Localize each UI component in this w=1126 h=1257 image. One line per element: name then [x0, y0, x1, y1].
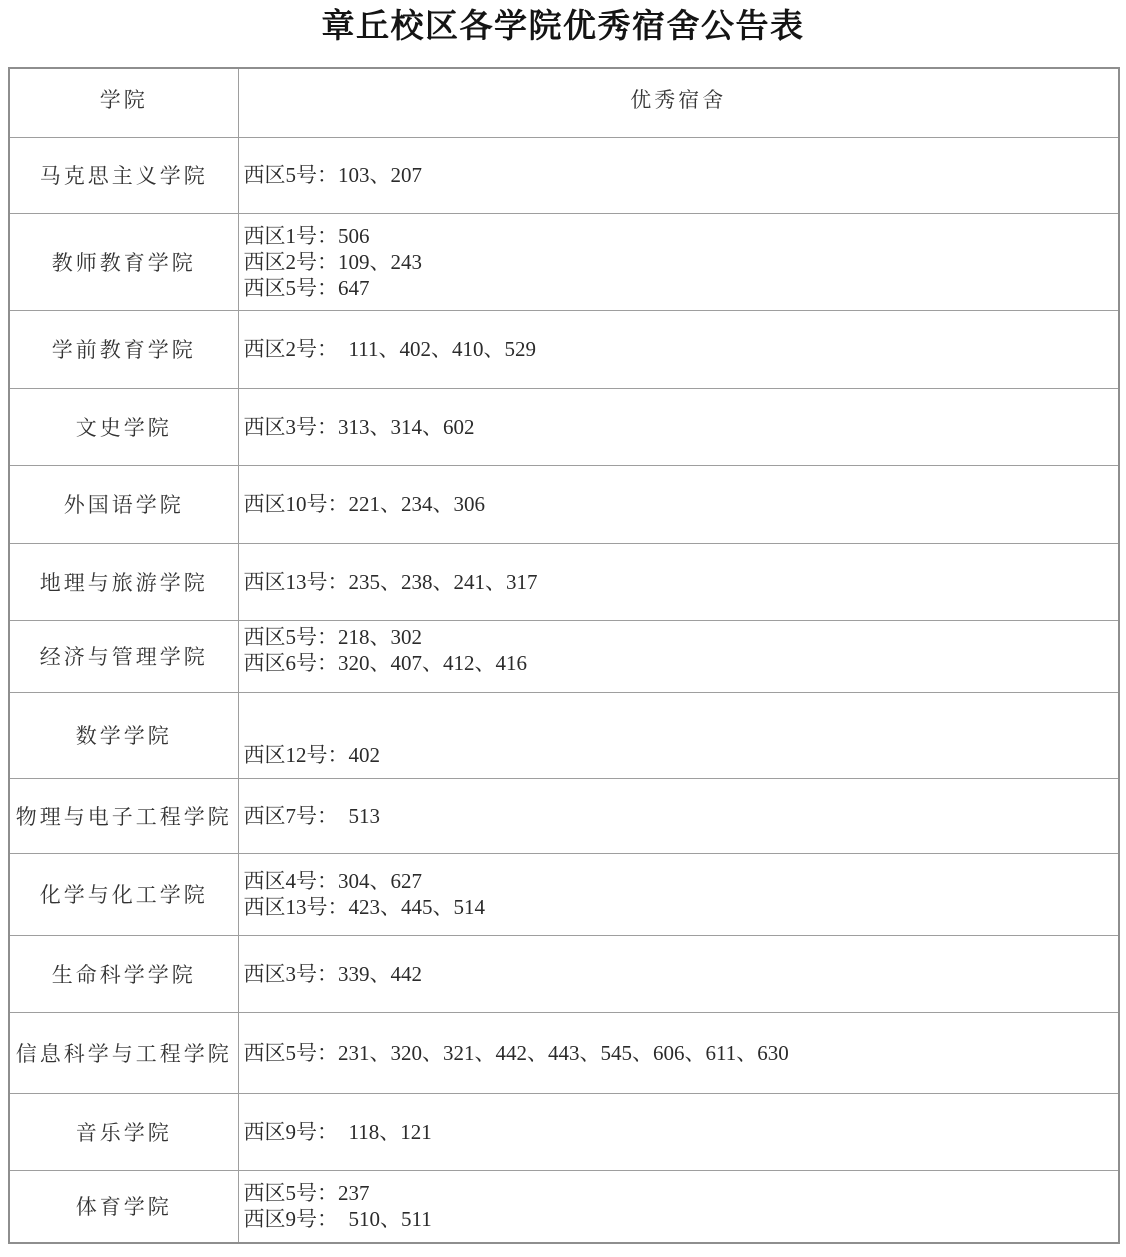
table-row: 地理与旅游学院 西区13号：235、238、241、317: [9, 543, 1119, 620]
dorms-cell: 西区5号：231、320、321、442、443、545、606、611、630: [238, 1012, 1119, 1093]
table-header-row: 学院 优秀宿舍: [9, 68, 1119, 137]
table-row: 物理与电子工程学院 西区7号： 513: [9, 778, 1119, 853]
college-cell: 文史学院: [9, 388, 238, 465]
table-row: 学前教育学院 西区2号： 111、402、410、529: [9, 310, 1119, 388]
college-cell: 物理与电子工程学院: [9, 778, 238, 853]
table-row: 马克思主义学院 西区5号：103、207: [9, 137, 1119, 213]
college-cell: 化学与化工学院: [9, 853, 238, 935]
college-cell: 经济与管理学院: [9, 620, 238, 692]
dorms-cell: 西区12号：402: [238, 692, 1119, 778]
college-cell: 教师教育学院: [9, 213, 238, 310]
dorms-cell: 西区5号：103、207: [238, 137, 1119, 213]
table-row: 文史学院 西区3号：313、314、602: [9, 388, 1119, 465]
college-cell: 体育学院: [9, 1170, 238, 1243]
dorms-cell: 西区1号：506 西区2号：109、243 西区5号：647: [238, 213, 1119, 310]
dorm-announcement-table: 学院 优秀宿舍 马克思主义学院 西区5号：103、207 教师教育学院 西区1号…: [8, 67, 1120, 1244]
dorms-cell: 西区3号：313、314、602: [238, 388, 1119, 465]
dorms-cell: 西区5号：237 西区9号： 510、511: [238, 1170, 1119, 1243]
dorms-cell: 西区9号： 118、121: [238, 1093, 1119, 1170]
dorms-column-header: 优秀宿舍: [238, 68, 1119, 137]
dorms-cell: 西区13号：235、238、241、317: [238, 543, 1119, 620]
college-cell: 生命科学学院: [9, 935, 238, 1012]
college-cell: 数学学院: [9, 692, 238, 778]
document-page: 章丘校区各学院优秀宿舍公告表 学院 优秀宿舍 马克思主义学院 西区5号：103、…: [0, 0, 1126, 1257]
dorms-cell: 西区3号：339、442: [238, 935, 1119, 1012]
college-cell: 学前教育学院: [9, 310, 238, 388]
dorms-cell: 西区7号： 513: [238, 778, 1119, 853]
dorms-cell: 西区10号：221、234、306: [238, 465, 1119, 543]
dorms-cell: 西区5号：218、302 西区6号：320、407、412、416: [238, 620, 1119, 692]
college-cell: 音乐学院: [9, 1093, 238, 1170]
table-row: 外国语学院 西区10号：221、234、306: [9, 465, 1119, 543]
table-row: 生命科学学院 西区3号：339、442: [9, 935, 1119, 1012]
table-row: 数学学院 西区12号：402: [9, 692, 1119, 778]
table-row: 音乐学院 西区9号： 118、121: [9, 1093, 1119, 1170]
dorms-cell: 西区2号： 111、402、410、529: [238, 310, 1119, 388]
page-title: 章丘校区各学院优秀宿舍公告表: [0, 0, 1126, 50]
table-row: 体育学院 西区5号：237 西区9号： 510、511: [9, 1170, 1119, 1243]
college-cell: 信息科学与工程学院: [9, 1012, 238, 1093]
college-column-header: 学院: [9, 68, 238, 137]
college-cell: 外国语学院: [9, 465, 238, 543]
table-row: 信息科学与工程学院 西区5号：231、320、321、442、443、545、6…: [9, 1012, 1119, 1093]
college-cell: 地理与旅游学院: [9, 543, 238, 620]
college-cell: 马克思主义学院: [9, 137, 238, 213]
table-row: 经济与管理学院 西区5号：218、302 西区6号：320、407、412、41…: [9, 620, 1119, 692]
table-row: 化学与化工学院 西区4号：304、627 西区13号：423、445、514: [9, 853, 1119, 935]
table-row: 教师教育学院 西区1号：506 西区2号：109、243 西区5号：647: [9, 213, 1119, 310]
dorms-cell: 西区4号：304、627 西区13号：423、445、514: [238, 853, 1119, 935]
